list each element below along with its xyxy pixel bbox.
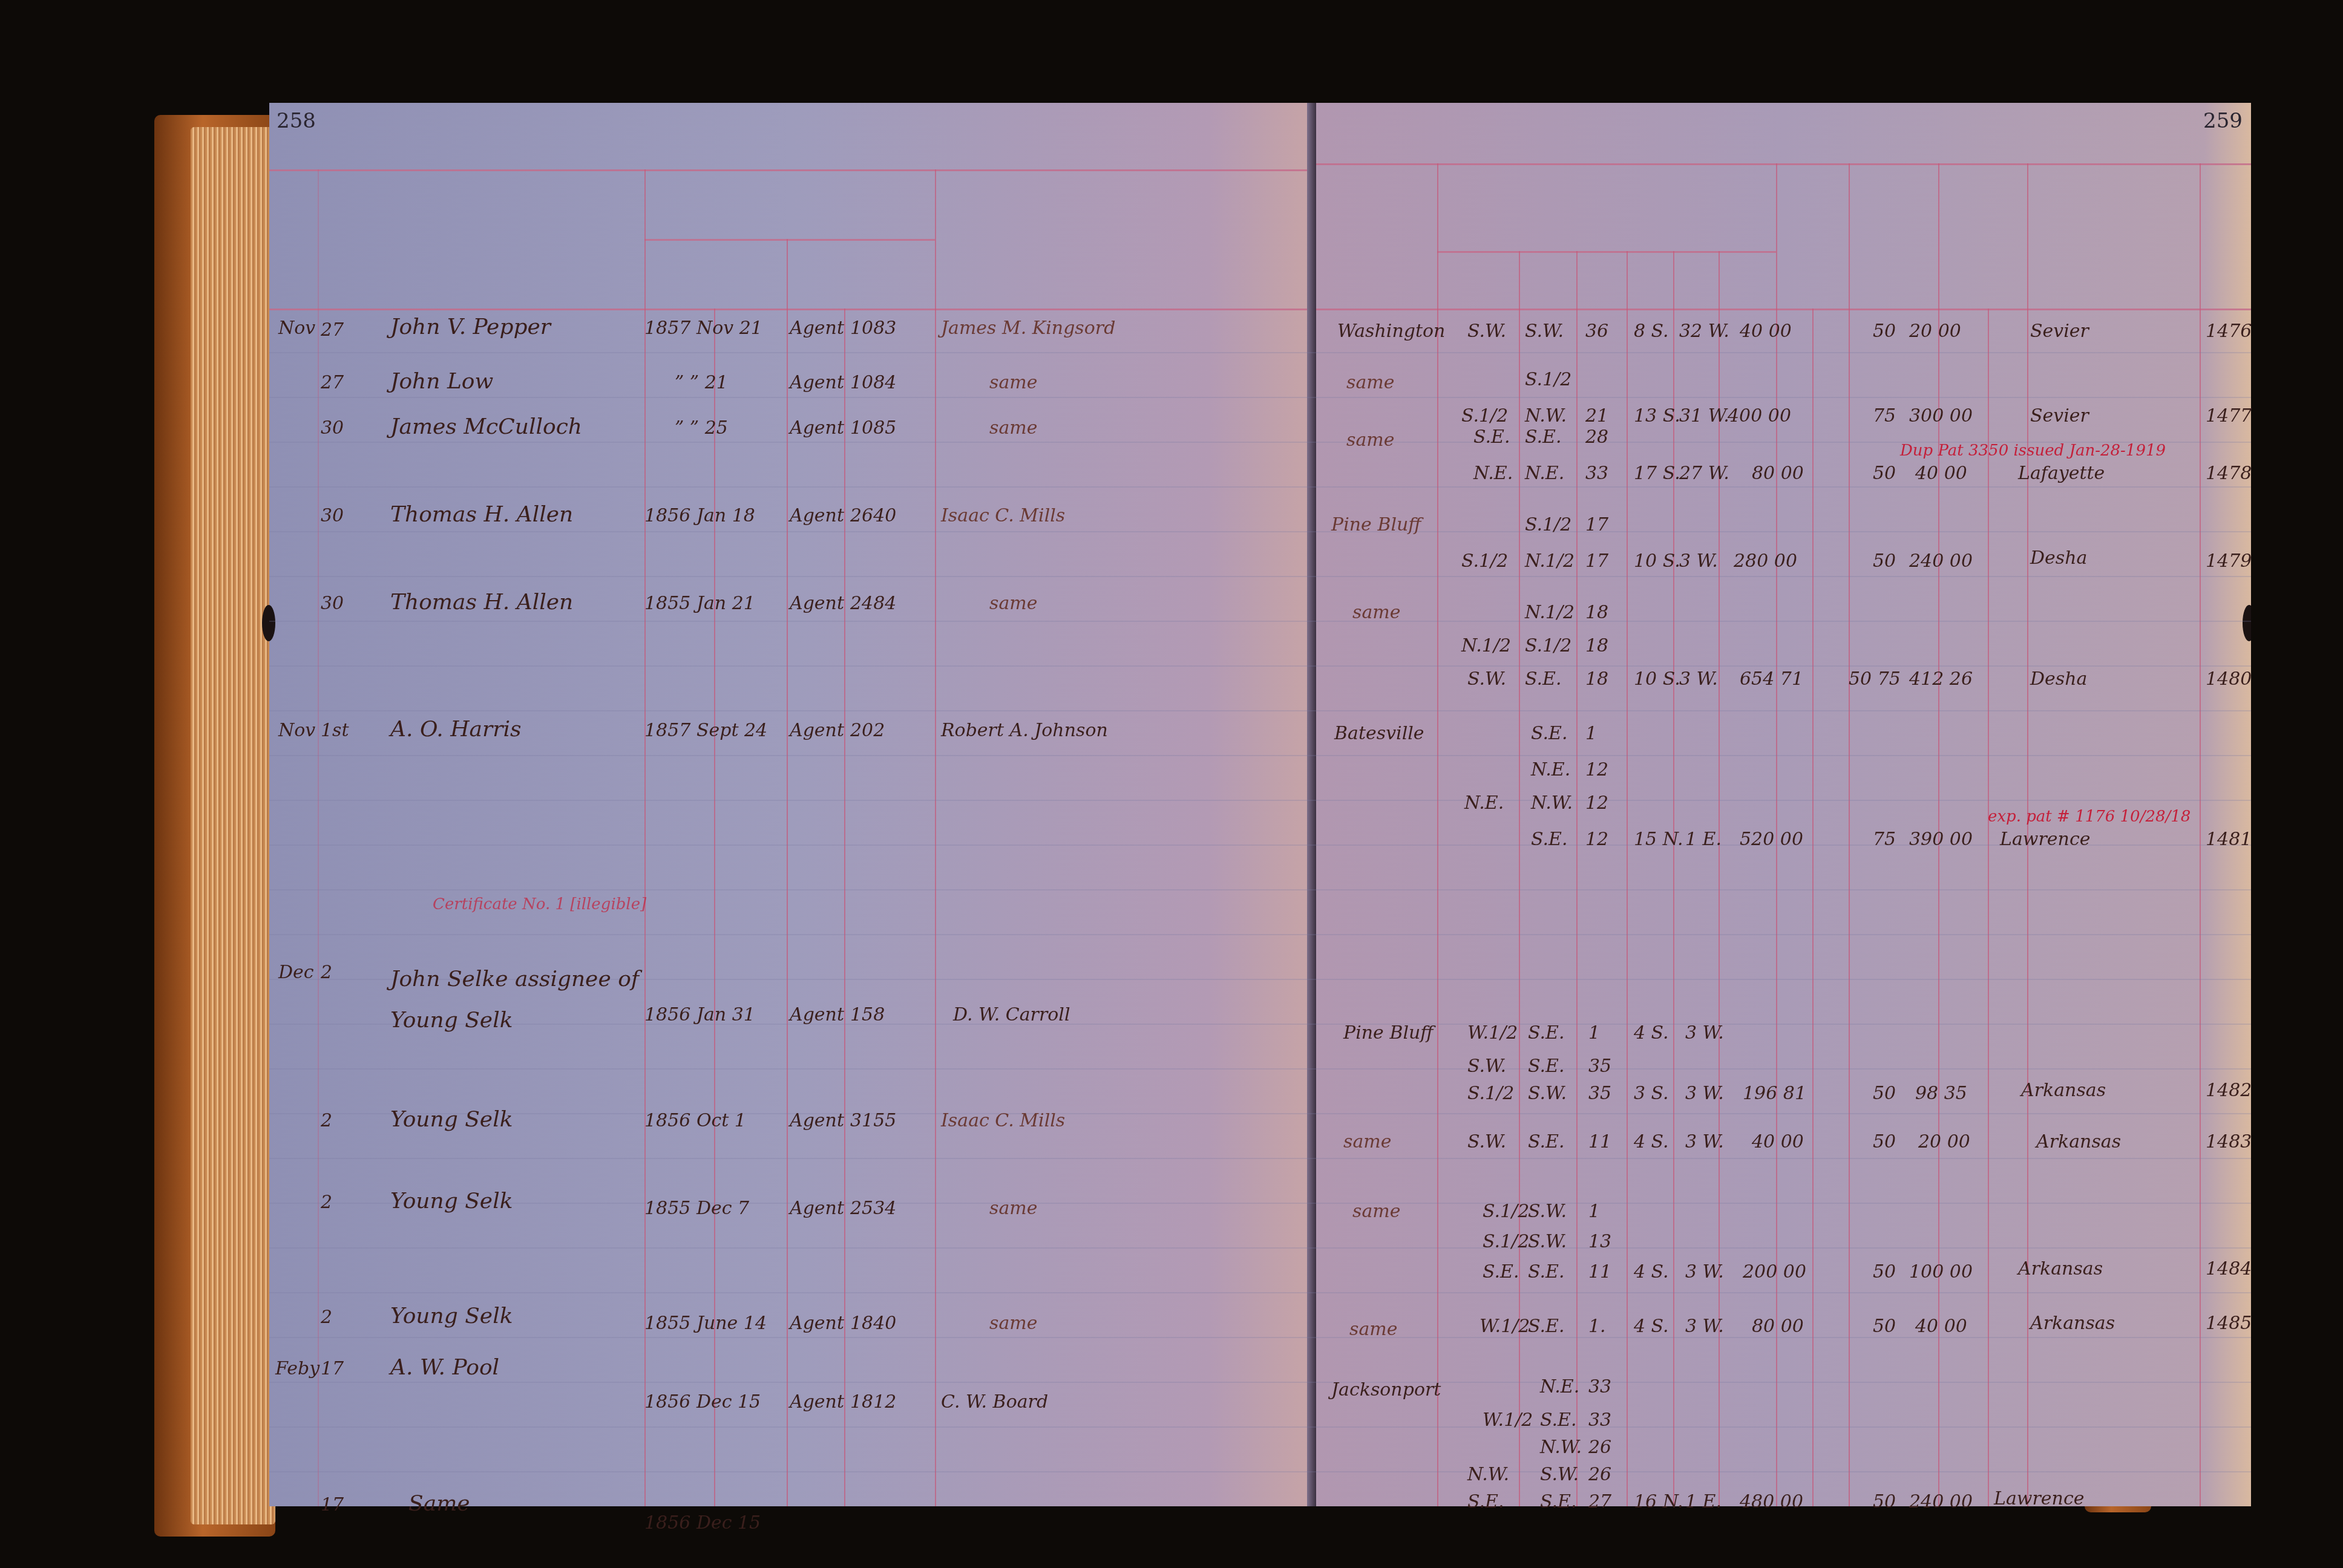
land-sec: 12 <box>1585 829 1608 850</box>
land-q: S.E. <box>1531 829 1567 850</box>
entry-name: Young Selk <box>390 1189 513 1214</box>
land-qq: S.E. <box>1467 1491 1504 1512</box>
entry-rank: Agent <box>790 1110 844 1131</box>
entry-acres: 520 00 <box>1740 829 1803 850</box>
entry-county: Arkansas <box>2030 1313 2115 1334</box>
land-sec: 18 <box>1585 668 1608 690</box>
ledger-book: 258 259 Nov 27 John V. Pep <box>154 103 2151 1543</box>
entry-assignor: Isaac C. Mills <box>941 505 1065 526</box>
entry-acres: 196 81 <box>1743 1083 1806 1104</box>
entry-rate: 50 <box>1873 1083 1896 1104</box>
land-q: N.E. <box>1540 1376 1579 1397</box>
entry-rate: 50 <box>1873 1261 1896 1282</box>
entry-rank: Agent <box>790 1198 844 1219</box>
header-rule-mid <box>644 239 935 241</box>
land-q: N.W. <box>1540 1437 1582 1458</box>
land-twp: 15 N. <box>1634 829 1683 850</box>
land-q: S.E. <box>1528 1022 1564 1044</box>
land-sec: 1. <box>1588 1316 1606 1337</box>
entry-office: Pine Bluff <box>1331 514 1421 535</box>
entry-rank: Agent <box>790 417 844 439</box>
entry-assignor: same <box>989 417 1037 439</box>
entry-warrant-no: 1085 <box>850 417 896 439</box>
land-sec: 1 <box>1585 723 1597 744</box>
land-twp: 4 S. <box>1634 1022 1669 1044</box>
entry-acres: 654 71 <box>1740 668 1803 690</box>
entry-assignor: same <box>989 1198 1037 1219</box>
entry-amount: 20 00 <box>1909 321 1961 342</box>
land-q: S.1/2 <box>1525 635 1571 656</box>
entry-office: same <box>1349 1319 1397 1340</box>
land-q: S.E. <box>1540 1410 1576 1431</box>
land-rng: 3 W. <box>1685 1316 1724 1337</box>
right-page-number: 259 <box>2203 109 2243 133</box>
entry-county: Arkansas <box>2021 1080 2106 1101</box>
entry-patent-no: 1485 <box>2206 1313 2252 1334</box>
entry-assignor: D. W. Carroll <box>953 1004 1070 1025</box>
land-twp: 16 N. <box>1634 1491 1683 1512</box>
entry-county: Lawrence <box>2000 829 2090 850</box>
entry-assignor: same <box>989 372 1037 393</box>
land-sec: 21 <box>1585 405 1608 426</box>
land-q: N.E. <box>1531 759 1570 780</box>
entry-amount: 240 00 <box>1909 1491 1973 1512</box>
entry-day: 2 <box>321 1192 332 1213</box>
entry-warrant-no: 1084 <box>850 372 896 393</box>
entry-office: same <box>1346 430 1394 451</box>
entry-acres: 280 00 <box>1734 550 1797 572</box>
entry-patent-no: 1483 <box>2206 1131 2252 1152</box>
entry-warrant-no: 158 <box>850 1004 885 1025</box>
entry-day: 30 <box>321 505 344 526</box>
entry-day: 2 <box>321 962 332 983</box>
entry-patent-no: 1478 <box>2206 463 2252 484</box>
entry-patent-no: 1477 <box>2206 405 2252 426</box>
land-q: S.E. <box>1528 1261 1564 1282</box>
entry-warrant-date: ” ” 25 <box>675 417 728 439</box>
land-sec: 27 <box>1588 1491 1611 1512</box>
entry-month: Nov <box>278 720 315 741</box>
entry-rate: 75 <box>1873 405 1896 426</box>
entry-acres: 480 00 <box>1740 1491 1803 1512</box>
land-sec: 36 <box>1585 321 1608 342</box>
land-qq: S.E. <box>1483 1261 1519 1282</box>
entry-office: same <box>1352 602 1400 623</box>
entry-day: 30 <box>321 593 344 614</box>
land-sec: 11 <box>1588 1261 1611 1282</box>
entry-day: 1st <box>321 720 349 741</box>
entry-rate: 50 <box>1873 463 1896 484</box>
entry-warrant-date: 1855 June 14 <box>644 1313 767 1334</box>
entry-office: same <box>1346 372 1394 393</box>
entry-amount: 40 00 <box>1915 1316 1967 1337</box>
entry-rate: 50 <box>1873 321 1896 342</box>
entry-office: same <box>1352 1201 1400 1222</box>
entry-warrant-date: 1855 Dec 7 <box>644 1198 749 1219</box>
entry-rank: Agent <box>790 593 844 614</box>
land-qq: N.1/2 <box>1461 635 1511 656</box>
entry-patent-no: 1480 <box>2206 668 2252 690</box>
entry-warrant-date: 1856 Dec 15 <box>644 1391 761 1413</box>
land-sec: 17 <box>1585 514 1608 535</box>
entry-month: Dec <box>278 962 314 983</box>
land-twp: 3 S. <box>1634 1083 1669 1104</box>
entry-rank: Agent <box>790 318 844 339</box>
entry-name: John V. Pepper <box>390 315 551 339</box>
entry-name: A. O. Harris <box>390 717 521 742</box>
entry-assignor: C. W. Board <box>941 1391 1048 1413</box>
entry-day: 17 <box>321 1358 344 1379</box>
entry-warrant-date: 1855 Jan 21 <box>644 593 755 614</box>
land-q: S.W. <box>1528 1231 1567 1252</box>
header-rule-top <box>269 169 1313 171</box>
entry-rank: Agent <box>790 1391 844 1413</box>
land-sec: 12 <box>1585 759 1608 780</box>
entry-office: Washington <box>1337 321 1445 342</box>
land-qq: S.W. <box>1467 1131 1506 1152</box>
land-twp: 10 S. <box>1634 668 1680 690</box>
land-q: S.W. <box>1528 1201 1567 1222</box>
entry-assignor: same <box>989 593 1037 614</box>
entry-warrant-no: 3155 <box>850 1110 896 1131</box>
entry-rank: Agent <box>790 372 844 393</box>
entry-day: 2 <box>321 1307 332 1328</box>
entry-amount: 240 00 <box>1909 550 1973 572</box>
entry-rank: Agent <box>790 1313 844 1334</box>
entry-amount: 40 00 <box>1915 463 1967 484</box>
entry-rate: 50 <box>1873 1491 1896 1512</box>
entry-acres: 80 00 <box>1752 463 1804 484</box>
land-qq: S.W. <box>1467 1056 1506 1077</box>
entry-day: 17 <box>321 1494 344 1515</box>
header-rule-top <box>1316 163 2251 165</box>
entry-warrant-no: 2640 <box>850 505 896 526</box>
entry-patent-no: 1479 <box>2206 550 2252 572</box>
entry-warrant-no: 2534 <box>850 1198 896 1219</box>
entry-day: 30 <box>321 417 344 439</box>
entry-rank: Agent <box>790 1004 844 1025</box>
land-q: N.1/2 <box>1525 550 1575 572</box>
entry-warrant-no: 202 <box>850 720 885 741</box>
land-qq: W.1/2 <box>1480 1316 1530 1337</box>
land-qq: N.E. <box>1464 792 1504 814</box>
land-sec: 12 <box>1585 792 1608 814</box>
red-annotation: exp. pat # 1176 10/28/18 <box>1988 808 2191 826</box>
entry-county: Desha <box>2030 668 2087 690</box>
entry-warrant-date: 1857 Nov 21 <box>644 318 762 339</box>
entry-rate: 50 <box>1873 1316 1896 1337</box>
entry-assignor: James M. Kingsord <box>941 318 1115 339</box>
land-q: N.1/2 <box>1525 602 1575 623</box>
land-q: S.1/2 <box>1525 369 1571 390</box>
entry-patent-no: 1484 <box>2206 1258 2252 1279</box>
land-q: S.W. <box>1525 321 1564 342</box>
entry-rate: 50 <box>1873 550 1896 572</box>
entry-county: Lawrence <box>1994 1488 2084 1509</box>
land-sec: 1 <box>1588 1022 1600 1044</box>
entry-month: Feby <box>275 1358 319 1379</box>
land-qq: S.1/2 <box>1483 1201 1529 1222</box>
land-qq: S.E. <box>1473 426 1510 448</box>
entry-warrant-date: 1856 Jan 31 <box>644 1004 755 1025</box>
entry-county: Arkansas <box>2036 1131 2121 1152</box>
land-q: S.W. <box>1540 1464 1579 1485</box>
land-q: S.E. <box>1528 1316 1564 1337</box>
entry-month: Nov <box>278 318 315 339</box>
entry-amount: 98 35 <box>1915 1083 1967 1104</box>
entry-county: Lafayette <box>2018 463 2105 484</box>
land-sec: 35 <box>1588 1083 1611 1104</box>
land-qq: N.W. <box>1467 1464 1509 1485</box>
land-q: S.1/2 <box>1525 514 1571 535</box>
entry-day: 27 <box>321 372 344 393</box>
entry-county: Desha <box>2030 547 2087 569</box>
land-sec: 33 <box>1588 1376 1611 1397</box>
entry-amount: 412 26 <box>1909 668 1973 690</box>
land-qq: N.E. <box>1473 463 1513 484</box>
page-edges <box>191 127 275 1524</box>
entry-county: Sevier <box>2030 405 2089 426</box>
land-twp: 10 S. <box>1634 550 1680 572</box>
entry-warrant-no: 1083 <box>850 318 896 339</box>
land-rng: 31 W. <box>1679 405 1729 426</box>
land-q: S.E. <box>1528 1056 1564 1077</box>
entry-office: Pine Bluff <box>1343 1022 1434 1044</box>
land-q: S.W. <box>1528 1083 1567 1104</box>
entry-patent-no: 1476 <box>2206 321 2252 342</box>
land-sec: 18 <box>1585 602 1608 623</box>
entry-amount: 300 00 <box>1909 405 1973 426</box>
land-twp: 13 S. <box>1634 405 1680 426</box>
entry-rate: 75 <box>1873 829 1896 850</box>
land-twp: 4 S. <box>1634 1261 1669 1282</box>
entry-name: Thomas H. Allen <box>390 590 573 615</box>
entry-name: Thomas H. Allen <box>390 502 573 527</box>
entry-amount: 20 00 <box>1918 1131 1970 1152</box>
land-sec: 11 <box>1588 1131 1611 1152</box>
land-twp: 17 S. <box>1634 463 1680 484</box>
land-rng: 3 W. <box>1685 1131 1724 1152</box>
entry-office: same <box>1343 1131 1391 1152</box>
land-sec: 33 <box>1588 1410 1611 1431</box>
entry-office: Batesville <box>1334 723 1424 744</box>
land-rng: 3 W. <box>1679 550 1718 572</box>
land-rng: 1 E. <box>1685 1491 1722 1512</box>
land-sec: 18 <box>1585 635 1608 656</box>
land-sec: 35 <box>1588 1056 1611 1077</box>
land-qq: S.W. <box>1467 321 1506 342</box>
land-sec: 13 <box>1588 1231 1611 1252</box>
entry-warrant-date: 1857 Sept 24 <box>644 720 767 741</box>
land-qq: W.1/2 <box>1483 1410 1533 1431</box>
land-rng: 27 W. <box>1679 463 1729 484</box>
land-q: S.E. <box>1528 1131 1564 1152</box>
entry-patent-no: 1481 <box>2206 829 2252 850</box>
red-annotation: Certificate No. 1 [illegible] <box>433 895 646 913</box>
land-sec: 26 <box>1588 1437 1611 1458</box>
entry-assignor: same <box>989 1313 1037 1334</box>
land-qq: S.1/2 <box>1461 550 1508 572</box>
entry-acres: 40 00 <box>1752 1131 1804 1152</box>
entry-name: John Selke assignee of Young Selk <box>390 959 644 1041</box>
entry-name: A. W. Pool <box>390 1355 499 1380</box>
land-qq: S.1/2 <box>1461 405 1508 426</box>
land-twp: 4 S. <box>1634 1131 1669 1152</box>
land-sec: 33 <box>1585 463 1608 484</box>
entry-warrant-no: 1840 <box>850 1313 896 1334</box>
land-q: N.E. <box>1525 463 1564 484</box>
land-rng: 3 W. <box>1685 1022 1724 1044</box>
entry-acres: 200 00 <box>1743 1261 1806 1282</box>
entry-warrant-no: 2484 <box>850 593 896 614</box>
land-qq: W.1/2 <box>1467 1022 1518 1044</box>
land-rng: 3 W. <box>1685 1261 1724 1282</box>
entry-patent-no: 1482 <box>2206 1080 2252 1101</box>
entry-warrant-date: 1856 Oct 1 <box>644 1110 746 1131</box>
land-q: N.W. <box>1525 405 1567 426</box>
land-q: S.E. <box>1531 723 1567 744</box>
entry-acres: 80 00 <box>1752 1316 1804 1337</box>
land-sec: 17 <box>1585 550 1608 572</box>
entry-warrant-no: 1812 <box>850 1391 896 1413</box>
entry-name: James McCulloch <box>390 414 582 439</box>
land-sec: 28 <box>1585 426 1608 448</box>
land-qq: S.W. <box>1467 668 1506 690</box>
entry-rank: Agent <box>790 720 844 741</box>
land-q: N.W. <box>1531 792 1573 814</box>
entry-acres: 400 00 <box>1728 405 1791 426</box>
entry-assignor: Isaac C. Mills <box>941 1110 1065 1131</box>
land-q: S.E. <box>1540 1491 1576 1512</box>
entry-rank: Agent <box>790 505 844 526</box>
land-q: S.E. <box>1525 668 1561 690</box>
entry-warrant-date: ” ” 21 <box>675 372 728 393</box>
land-twp: 8 S. <box>1634 321 1669 342</box>
land-qq: S.1/2 <box>1483 1231 1529 1252</box>
entry-rate: 50 75 <box>1849 668 1901 690</box>
land-q: S.E. <box>1525 426 1561 448</box>
entry-name: Young Selk <box>390 1107 513 1132</box>
entry-office: Jacksonport <box>1331 1379 1441 1400</box>
header-rule-mid <box>1437 251 1776 253</box>
left-page-number: 258 <box>277 109 316 133</box>
entry-day: 2 <box>321 1110 332 1131</box>
land-rng: 3 W. <box>1685 1083 1724 1104</box>
entry-acres: 40 00 <box>1740 321 1792 342</box>
land-rng: 3 W. <box>1679 668 1718 690</box>
entry-name: John Low <box>390 369 493 394</box>
entry-name: Young Selk <box>390 1304 513 1328</box>
land-sec: 1 <box>1588 1201 1600 1222</box>
entry-county: Sevier <box>2030 321 2089 342</box>
entry-day: 27 <box>321 319 344 341</box>
entry-name: Same <box>408 1491 470 1516</box>
entry-rate: 50 <box>1873 1131 1896 1152</box>
land-sec: 26 <box>1588 1464 1611 1485</box>
land-rng: 32 W. <box>1679 321 1729 342</box>
land-twp: 4 S. <box>1634 1316 1669 1337</box>
entry-warrant-date: 1856 Jan 18 <box>644 505 755 526</box>
entry-warrant-date: 1856 Dec 15 <box>644 1512 761 1534</box>
entry-county: Arkansas <box>2018 1258 2103 1279</box>
entry-amount: 100 00 <box>1909 1261 1973 1282</box>
red-annotation: Dup Pat 3350 issued Jan-28-1919 <box>1900 442 2166 460</box>
land-rng: 1 E. <box>1685 829 1722 850</box>
land-qq: S.1/2 <box>1467 1083 1514 1104</box>
entry-amount: 390 00 <box>1909 829 1973 850</box>
entry-assignor: Robert A. Johnson <box>941 720 1108 741</box>
